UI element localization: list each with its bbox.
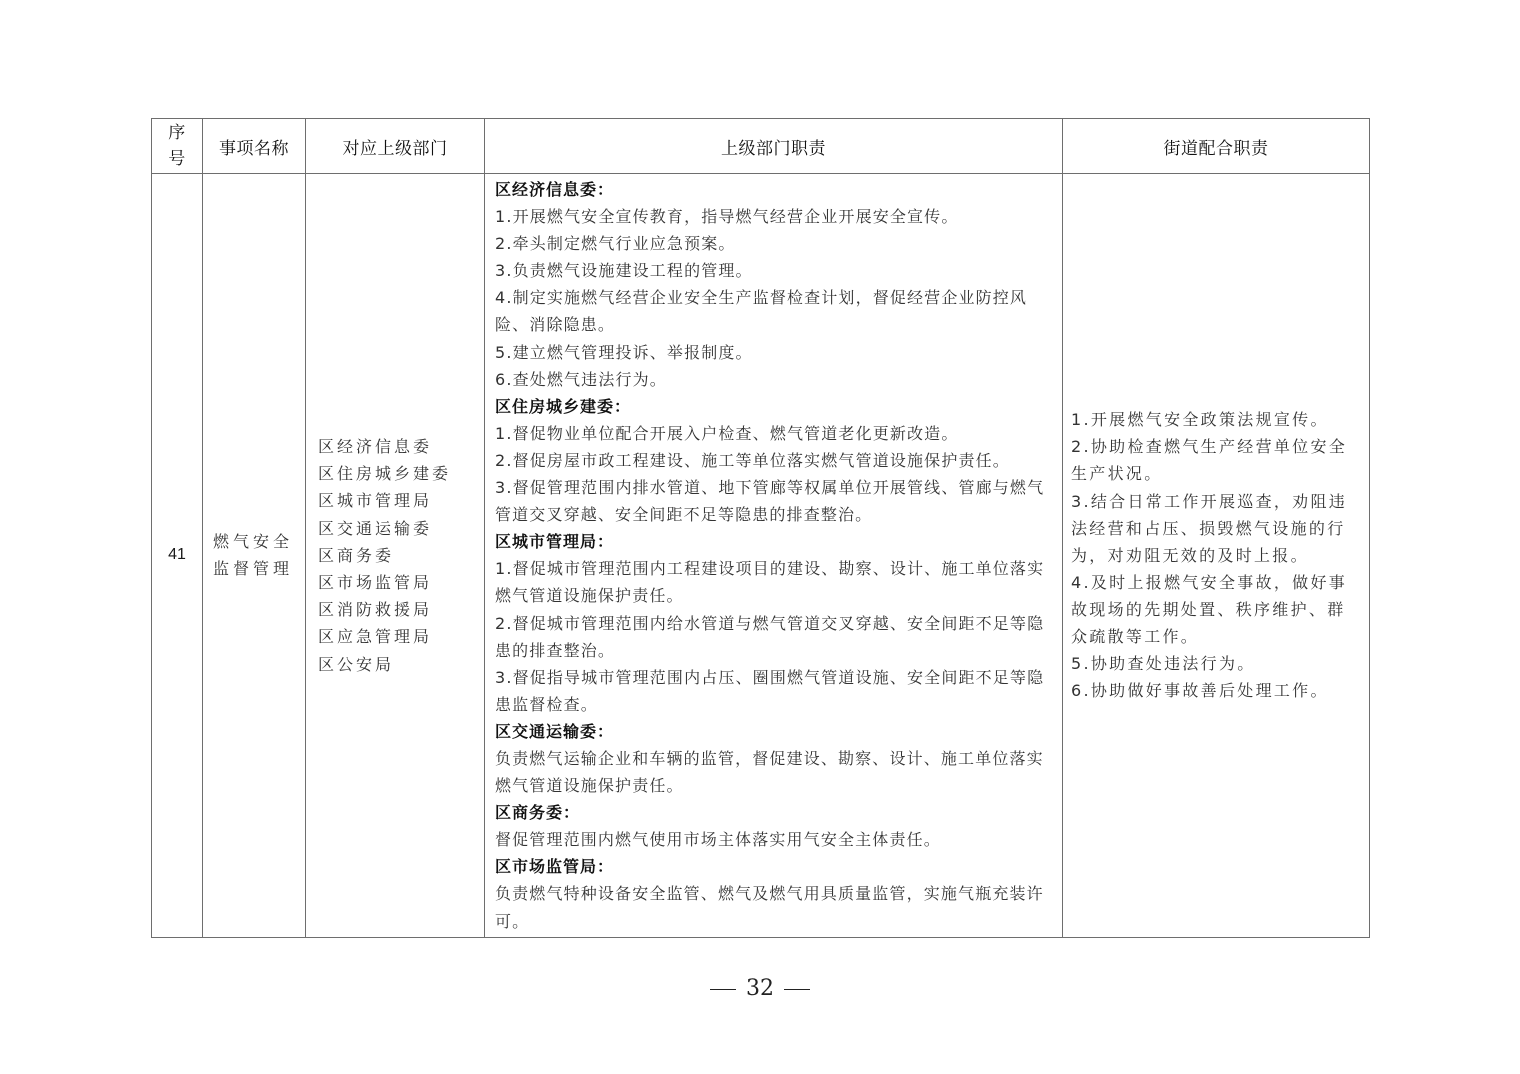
header-seq: 序 号 bbox=[152, 119, 203, 174]
duty-dept-heading: 区经济信息委： bbox=[495, 176, 1054, 203]
header-street-duty: 街道配合职责 bbox=[1063, 119, 1370, 174]
dept-item: 区公安局 bbox=[318, 651, 484, 678]
dept-item: 区应急管理局 bbox=[318, 623, 484, 650]
duty-line: 5.建立燃气管理投诉、举报制度。 bbox=[495, 339, 1054, 366]
dept-item: 区商务委 bbox=[318, 542, 484, 569]
duty-line: 1.督促城市管理范围内工程建设项目的建设、勘察、设计、施工单位落实燃气管道设施保… bbox=[495, 555, 1054, 609]
dash-left-decoration bbox=[710, 989, 736, 990]
dept-item: 区住房城乡建委 bbox=[318, 460, 484, 487]
dept-item: 区交通运输委 bbox=[318, 515, 484, 542]
duty-line: 负责燃气特种设备安全监管、燃气及燃气用具质量监管，实施气瓶充装许可。 bbox=[495, 880, 1054, 934]
header-item-name: 事项名称 bbox=[203, 119, 306, 174]
duty-line: 3.督促指导城市管理范围内占压、圈围燃气管道设施、安全间距不足等隐患监督检查。 bbox=[495, 664, 1054, 718]
street-duty-line: 4.及时上报燃气安全事故，做好事故现场的先期处置、秩序维护、群众疏散等工作。 bbox=[1071, 569, 1363, 650]
duty-line: 2.督促城市管理范围内给水管道与燃气管道交叉穿越、安全间距不足等隐患的排查整治。 bbox=[495, 610, 1054, 664]
street-duty-line: 5.协助查处违法行为。 bbox=[1071, 650, 1363, 677]
duty-line: 负责燃气运输企业和车辆的监管，督促建设、勘察、设计、施工单位落实燃气管道设施保护… bbox=[495, 745, 1054, 799]
street-duty-line: 1.开展燃气安全政策法规宣传。 bbox=[1071, 406, 1363, 433]
cell-upper-depts: 区经济信息委 区住房城乡建委 区城市管理局 区交通运输委 区商务委 区市场监管局… bbox=[306, 174, 485, 938]
duty-line: 4.制定实施燃气经营企业安全生产监督检查计划，督促经营企业防控风险、消除隐患。 bbox=[495, 284, 1054, 338]
duty-line: 1.督促物业单位配合开展入户检查、燃气管道老化更新改造。 bbox=[495, 420, 1054, 447]
document-page: 序 号 事项名称 对应上级部门 上级部门职责 街道配合职责 41 燃气安全 监督… bbox=[0, 0, 1520, 1074]
duty-dept-heading: 区交通运输委： bbox=[495, 718, 1054, 745]
duty-line: 督促管理范围内燃气使用市场主体落实用气安全主体责任。 bbox=[495, 826, 1054, 853]
dept-item: 区消防救援局 bbox=[318, 596, 484, 623]
duty-dept-heading: 区商务委： bbox=[495, 799, 1054, 826]
duty-line: 6.查处燃气违法行为。 bbox=[495, 366, 1054, 393]
duty-dept-heading: 区住房城乡建委： bbox=[495, 393, 1054, 420]
cell-upper-duties: 区经济信息委： 1.开展燃气安全宣传教育，指导燃气经营企业开展安全宣传。 2.牵… bbox=[485, 174, 1063, 938]
table-header-row: 序 号 事项名称 对应上级部门 上级部门职责 街道配合职责 bbox=[152, 119, 1370, 174]
header-upper-dept: 对应上级部门 bbox=[306, 119, 485, 174]
dept-item: 区市场监管局 bbox=[318, 569, 484, 596]
cell-seq: 41 bbox=[152, 174, 203, 938]
cell-item-name: 燃气安全 监督管理 bbox=[203, 174, 306, 938]
duty-dept-heading: 区市场监管局： bbox=[495, 853, 1054, 880]
duty-line: 3.负责燃气设施建设工程的管理。 bbox=[495, 257, 1054, 284]
duty-dept-heading: 区城市管理局： bbox=[495, 528, 1054, 555]
dept-item: 区经济信息委 bbox=[318, 433, 484, 460]
street-duty-line: 3.结合日常工作开展巡查，劝阻违法经营和占压、损毁燃气设施的行为，对劝阻无效的及… bbox=[1071, 488, 1363, 569]
dept-item: 区城市管理局 bbox=[318, 487, 484, 514]
duty-line: 3.督促管理范围内排水管道、地下管廊等权属单位开展管线、管廊与燃气管道交叉穿越、… bbox=[495, 474, 1054, 528]
duty-line: 1.开展燃气安全宣传教育，指导燃气经营企业开展安全宣传。 bbox=[495, 203, 1054, 230]
duty-line: 2.牵头制定燃气行业应急预案。 bbox=[495, 230, 1054, 257]
street-duty-line: 2.协助检查燃气生产经营单位安全生产状况。 bbox=[1071, 433, 1363, 487]
dash-right-decoration bbox=[784, 989, 810, 990]
duty-table: 序 号 事项名称 对应上级部门 上级部门职责 街道配合职责 41 燃气安全 监督… bbox=[151, 118, 1370, 938]
table-row: 41 燃气安全 监督管理 区经济信息委 区住房城乡建委 区城市管理局 区交通运输… bbox=[152, 174, 1370, 938]
header-upper-duty: 上级部门职责 bbox=[485, 119, 1063, 174]
street-duty-line: 6.协助做好事故善后处理工作。 bbox=[1071, 677, 1363, 704]
cell-street-duties: 1.开展燃气安全政策法规宣传。 2.协助检查燃气生产经营单位安全生产状况。 3.… bbox=[1063, 174, 1370, 938]
duty-line: 2.督促房屋市政工程建设、施工等单位落实燃气管道设施保护责任。 bbox=[495, 447, 1054, 474]
page-number: 32 bbox=[0, 976, 1520, 1001]
